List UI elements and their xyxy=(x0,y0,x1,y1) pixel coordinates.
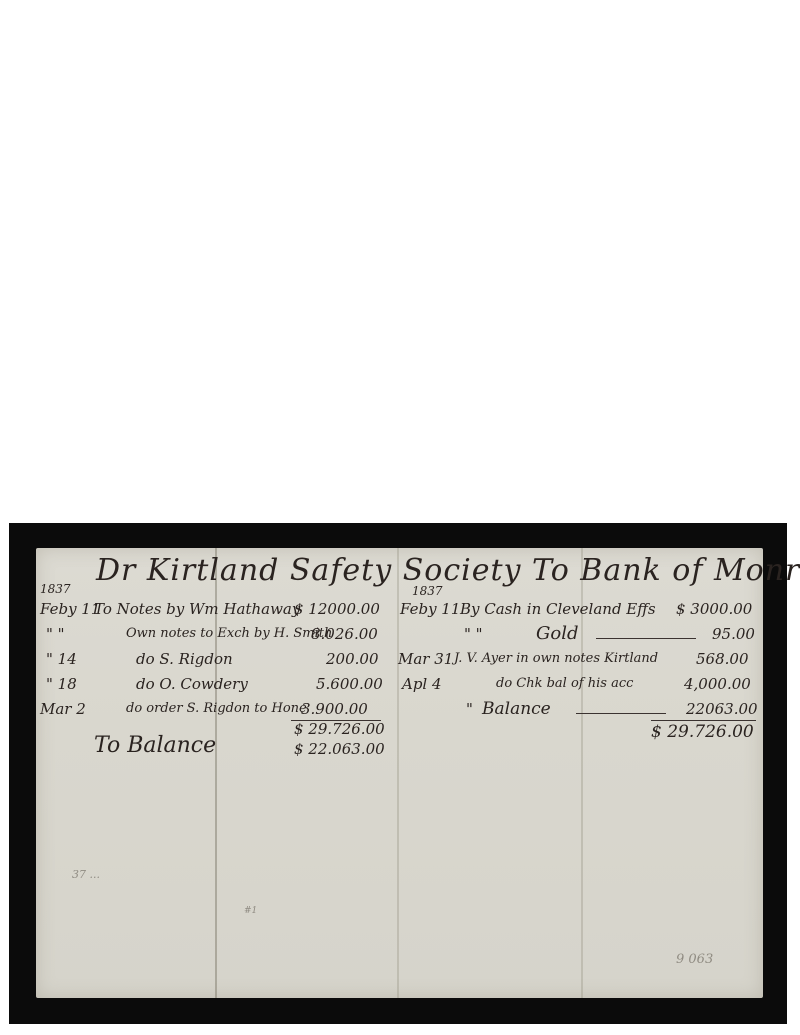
credit-description: do Chk bal of his acc xyxy=(496,676,633,691)
credit-total: $ 29.726.00 xyxy=(651,722,754,742)
credit-amount: 95.00 xyxy=(712,625,755,643)
credit-year: 1837 xyxy=(412,584,443,598)
credit-date: Feby 11 xyxy=(400,600,460,618)
credit-description: J. V. Ayer in own notes Kirtland xyxy=(454,651,658,666)
debit-date: Mar 2 xyxy=(40,700,86,718)
debit-description: Own notes to Exch by H. Smith xyxy=(126,626,332,641)
debit-date: " " xyxy=(46,625,65,643)
total-rule xyxy=(651,720,756,721)
debit-date: " 14 xyxy=(46,650,77,668)
debit-amount: $ 12000.00 xyxy=(294,600,380,618)
credit-amount: 568.00 xyxy=(696,650,749,668)
pencil-note: 37 ... xyxy=(72,868,100,881)
pencil-note: #1 xyxy=(244,906,257,916)
fill-rule xyxy=(576,713,666,714)
credit-date: Mar 31 xyxy=(398,650,453,668)
credit-amount: 4,000.00 xyxy=(684,675,751,693)
fold-line xyxy=(397,548,399,998)
credit-description: By Cash in Cleveland Effs xyxy=(460,600,656,618)
debit-date: Feby 11 xyxy=(40,600,100,618)
credit-date: " " xyxy=(464,625,483,643)
credit-amount: $ 3000.00 xyxy=(676,600,752,618)
debit-date: " 18 xyxy=(46,675,77,693)
debit-balance-label: To Balance xyxy=(94,733,216,758)
debit-description: To Notes by Wm Hathaway xyxy=(94,600,300,618)
debit-balance-amount: $ 22.063.00 xyxy=(294,740,385,758)
credit-date: Apl 4 xyxy=(402,675,442,693)
ledger-document: Dr Kirtland Safety Society To Bank of Mo… xyxy=(36,548,763,998)
debit-amount: 3.900.00 xyxy=(301,700,368,718)
credit-description: Gold xyxy=(536,623,579,644)
document-title: Dr Kirtland Safety Society To Bank of Mo… xyxy=(96,553,800,588)
credit-amount: 22063.00 xyxy=(686,700,758,718)
debit-amount: 200.00 xyxy=(326,650,379,668)
pencil-note: 9 063 xyxy=(676,952,713,967)
debit-description: do S. Rigdon xyxy=(136,650,233,668)
debit-description: do O. Cowdery xyxy=(136,675,248,693)
debit-description: do order S. Rigdon to Hone xyxy=(126,701,307,716)
debit-amount: 5.600.00 xyxy=(316,675,383,693)
debit-amount: 8.026.00 xyxy=(311,625,378,643)
debit-year: 1837 xyxy=(40,582,71,596)
debit-total: $ 29.726.00 xyxy=(294,720,385,738)
credit-date: " xyxy=(466,700,473,718)
credit-description: Balance xyxy=(482,699,551,719)
fill-rule xyxy=(596,638,696,639)
